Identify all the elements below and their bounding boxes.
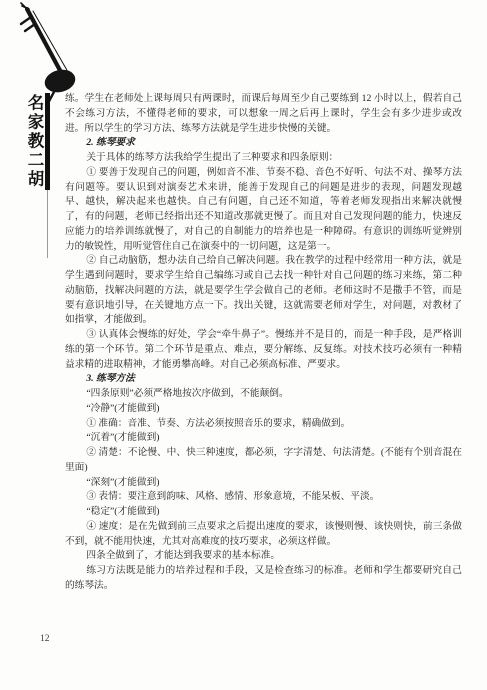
paragraph: “沉着”(才能做到) [65, 431, 462, 446]
page-number: 12 [40, 634, 50, 644]
title-divider-line [47, 190, 48, 258]
paragraph: 四条全做到了，才能达到我要求的基本标准。 [65, 549, 462, 564]
paragraph: 关于具体的练琴方法我给学生提出了三种要求和四条原则： [65, 151, 462, 166]
paragraph: ③ 表情：要注意到韵味、风格、感情、形象意境，不能呆板、平淡。 [65, 490, 462, 505]
section-heading: 3. 练琴方法 [65, 372, 462, 387]
paragraph: 练习方法既是能力的培养过程和手段，又是检查练习的标准。老师和学生都要研究自己的练… [65, 564, 462, 594]
title-divider-bar [45, 93, 50, 190]
paragraph: ③ 认真体会慢练的好处，学会“牵牛鼻子”。慢练并不是目的，而是一种手段，是严格训… [65, 328, 462, 372]
paragraph: “四条原则”必须严格地按次序做到，不能颠倒。 [65, 387, 462, 402]
page-body: 练。学生在老师处上课每周只有两课时，而课后每周至少自己要练到 12 小时以上，假… [65, 92, 462, 594]
section-heading: 2. 练琴要求 [65, 136, 462, 151]
paragraph: ② 自己动脑筋，想办法自己给自己解决问题。我在教学的过程中经常用一种方法，就是学… [65, 254, 462, 328]
paragraph: ① 要善于发现自己的问题，例如音不准、节奏不稳、音色不好听、句法不对、操琴方法有… [65, 166, 462, 255]
sidebar-title-block: 名家教二胡 [23, 94, 45, 189]
paragraph: “稳定”(才能做到) [65, 505, 462, 520]
book-page: 名家教二胡 练。学生在老师处上课每周只有两课时，而课后每周至少自己要练到 12 … [0, 0, 487, 690]
paragraph: ① 准确：音准、节奏、方法必须按照音乐的要求，精确做到。 [65, 417, 462, 432]
paragraph: ④ 速度：是在先做到前三点要求之后提出速度的要求，该慢则慢、该快则快，前三条做不… [65, 520, 462, 550]
paragraph: ② 清楚：不论慢、中、快三种速度，都必须，字字清楚、句法清楚。(不能有个别音混在… [65, 446, 462, 476]
paragraph: 练。学生在老师处上课每周只有两课时，而课后每周至少自己要练到 12 小时以上，假… [65, 92, 462, 136]
paragraph: “深刻”(才能做到) [65, 476, 462, 491]
book-title-vertical: 名家教二胡 [23, 94, 45, 189]
paragraph: “冷静”(才能做到) [65, 402, 462, 417]
